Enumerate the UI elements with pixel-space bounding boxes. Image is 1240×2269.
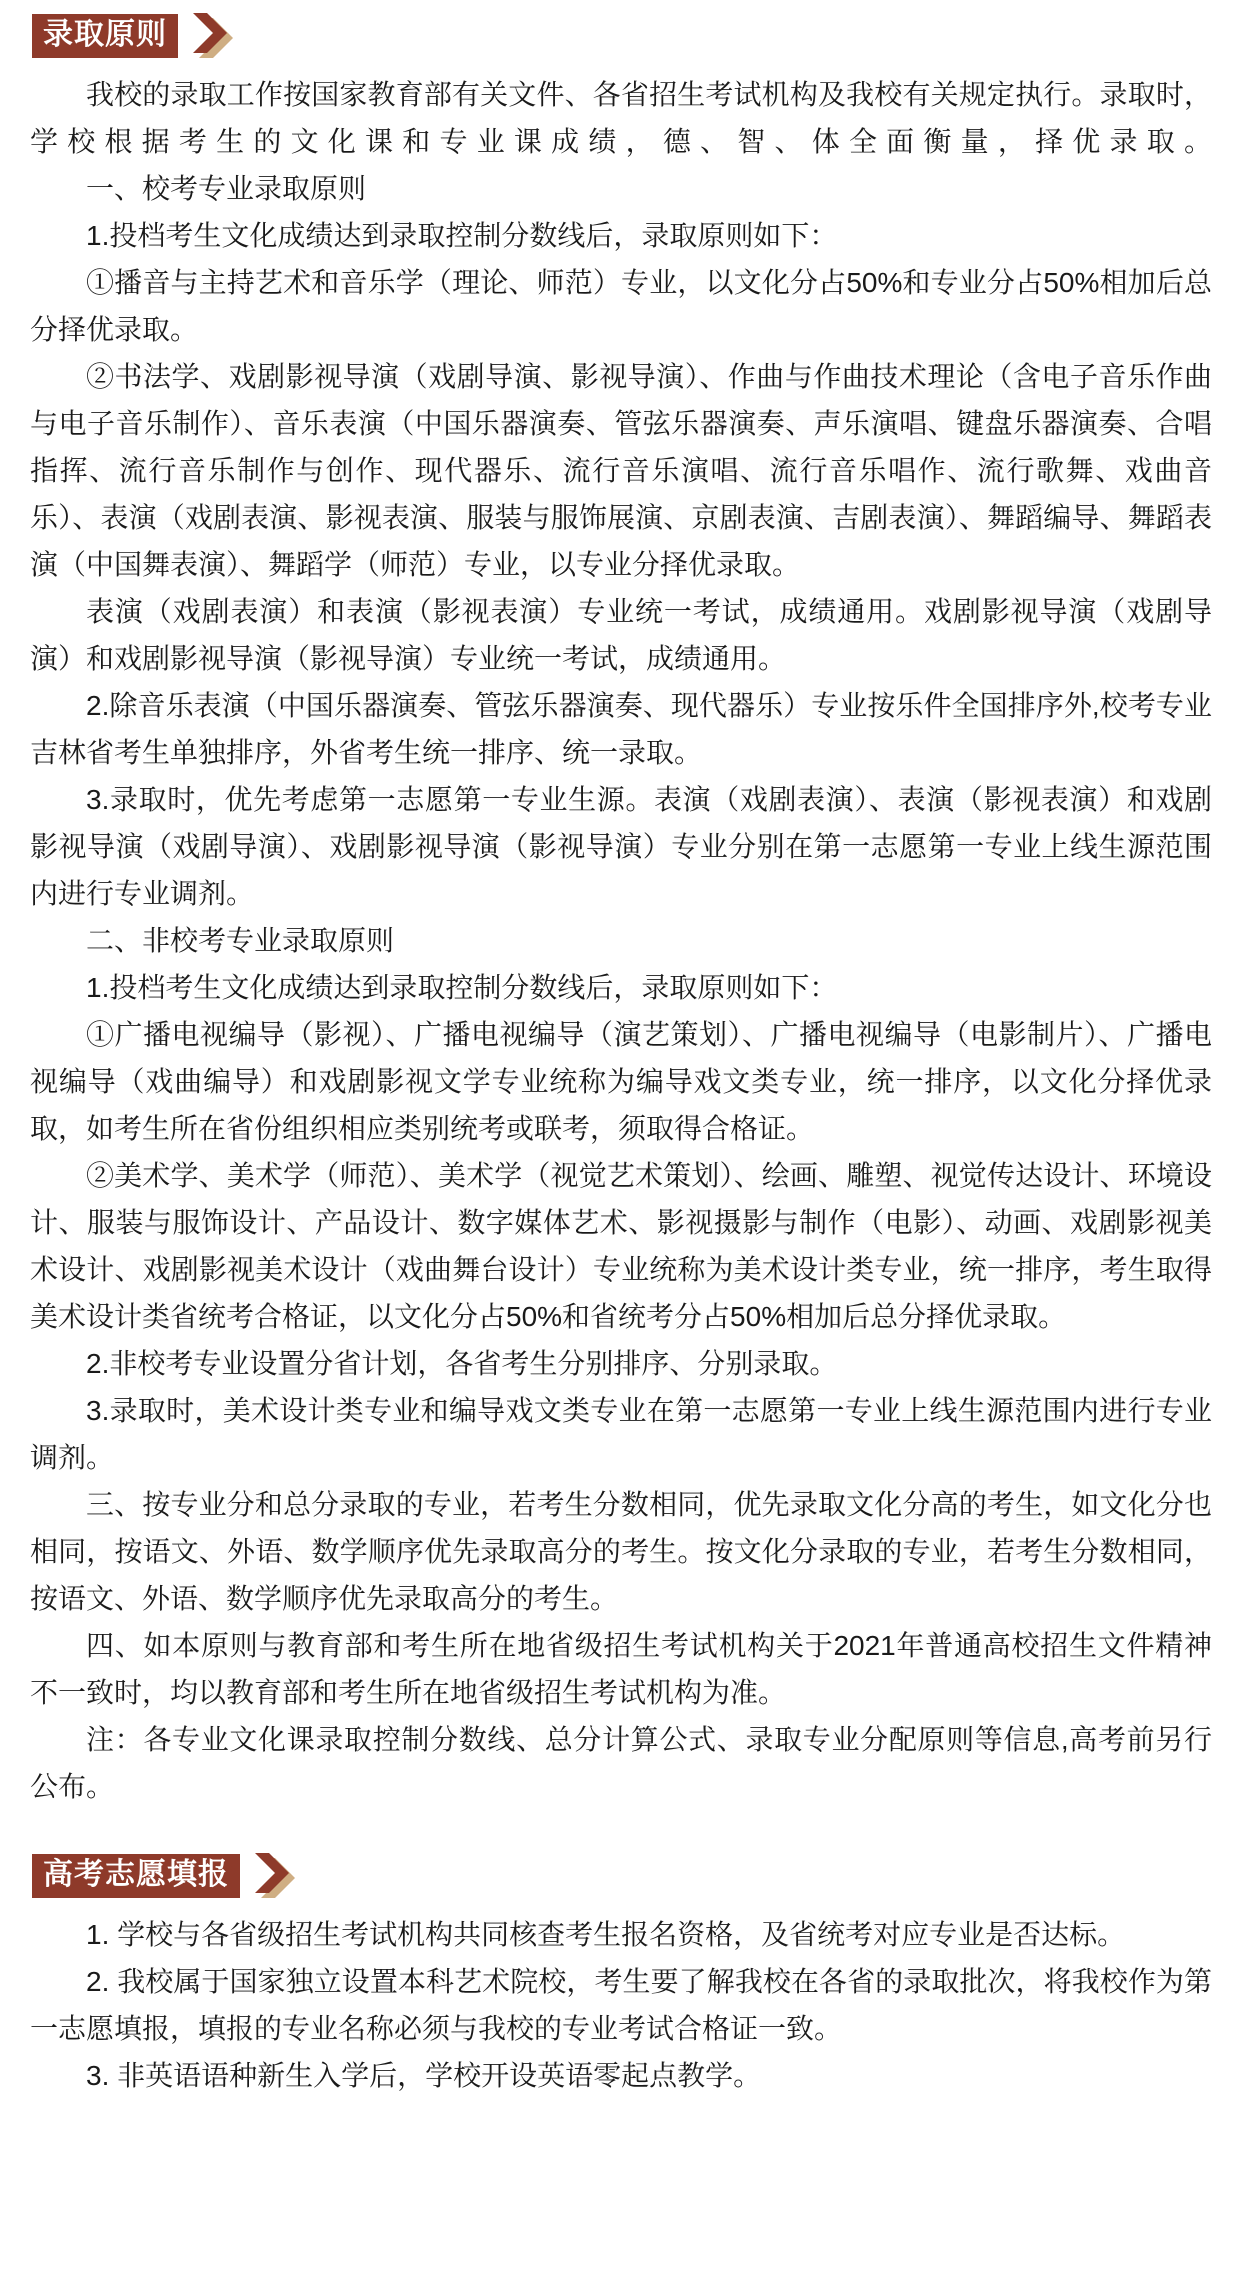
paragraph: 三、按专业分和总分录取的专业，若考生分数相同，优先录取文化分高的考生，如文化分也… bbox=[30, 1481, 1212, 1622]
chevron-right-icon bbox=[185, 13, 235, 59]
admissions-document-page: 录取原则 我校的录取工作按国家教育部有关文件、各省招生考试机构及我校有关规定执行… bbox=[0, 0, 1240, 2269]
chevron-right-icon bbox=[247, 1853, 297, 1899]
paragraph: 四、如本原则与教育部和考生所在地省级招生考试机构关于2021年普通高校招生文件精… bbox=[30, 1622, 1212, 1716]
section-header-gaokao-application: 高考志愿填报 bbox=[32, 1854, 1212, 1899]
section-badge: 高考志愿填报 bbox=[32, 1854, 240, 1898]
paragraph: 2.非校考专业设置分省计划，各省考生分别排序、分别录取。 bbox=[30, 1340, 1212, 1387]
paragraph: 3.录取时，优先考虑第一志愿第一专业生源。表演（戏剧表演）、表演（影视表演）和戏… bbox=[30, 776, 1212, 917]
section-header-admission-principles: 录取原则 bbox=[32, 14, 1212, 59]
paragraph: 注：各专业文化课录取控制分数线、总分计算公式、录取专业分配原则等信息,高考前另行… bbox=[30, 1716, 1212, 1810]
paragraph: 二、非校考专业录取原则 bbox=[30, 917, 1212, 964]
paragraph: 1.投档考生文化成绩达到录取控制分数线后，录取原则如下： bbox=[30, 212, 1212, 259]
paragraph: ②书法学、戏剧影视导演（戏剧导演、影视导演）、作曲与作曲技术理论（含电子音乐作曲… bbox=[30, 353, 1212, 588]
paragraph: ①播音与主持艺术和音乐学（理论、师范）专业，以文化分占50%和专业分占50%相加… bbox=[30, 259, 1212, 353]
paragraph: 1. 学校与各省级招生考试机构共同核查考生报名资格，及省统考对应专业是否达标。 bbox=[30, 1911, 1212, 1958]
paragraph: ①广播电视编导（影视）、广播电视编导（演艺策划）、广播电视编导（电影制片）、广播… bbox=[30, 1011, 1212, 1152]
paragraph: 我校的录取工作按国家教育部有关文件、各省招生考试机构及我校有关规定执行。录取时，… bbox=[30, 71, 1212, 165]
paragraph: 表演（戏剧表演）和表演（影视表演）专业统一考试，成绩通用。戏剧影视导演（戏剧导演… bbox=[30, 588, 1212, 682]
section-badge: 录取原则 bbox=[32, 14, 178, 58]
paragraph: 2. 我校属于国家独立设置本科艺术院校，考生要了解我校在各省的录取批次，将我校作… bbox=[30, 1958, 1212, 2052]
section-admission-principles: 录取原则 我校的录取工作按国家教育部有关文件、各省招生考试机构及我校有关规定执行… bbox=[30, 14, 1212, 1810]
paragraph: 3.录取时，美术设计类专业和编导戏文类专业在第一志愿第一专业上线生源范围内进行专… bbox=[30, 1387, 1212, 1481]
paragraph: 3. 非英语语种新生入学后，学校开设英语零起点教学。 bbox=[30, 2052, 1212, 2099]
paragraph: 1.投档考生文化成绩达到录取控制分数线后，录取原则如下： bbox=[30, 964, 1212, 1011]
section-gaokao-application: 高考志愿填报 1. 学校与各省级招生考试机构共同核查考生报名资格，及省统考对应专… bbox=[30, 1854, 1212, 2099]
paragraph: 一、校考专业录取原则 bbox=[30, 165, 1212, 212]
paragraph: ②美术学、美术学（师范）、美术学（视觉艺术策划）、绘画、雕塑、视觉传达设计、环境… bbox=[30, 1152, 1212, 1340]
paragraph: 2.除音乐表演（中国乐器演奏、管弦乐器演奏、现代器乐）专业按乐件全国排序外,校考… bbox=[30, 682, 1212, 776]
